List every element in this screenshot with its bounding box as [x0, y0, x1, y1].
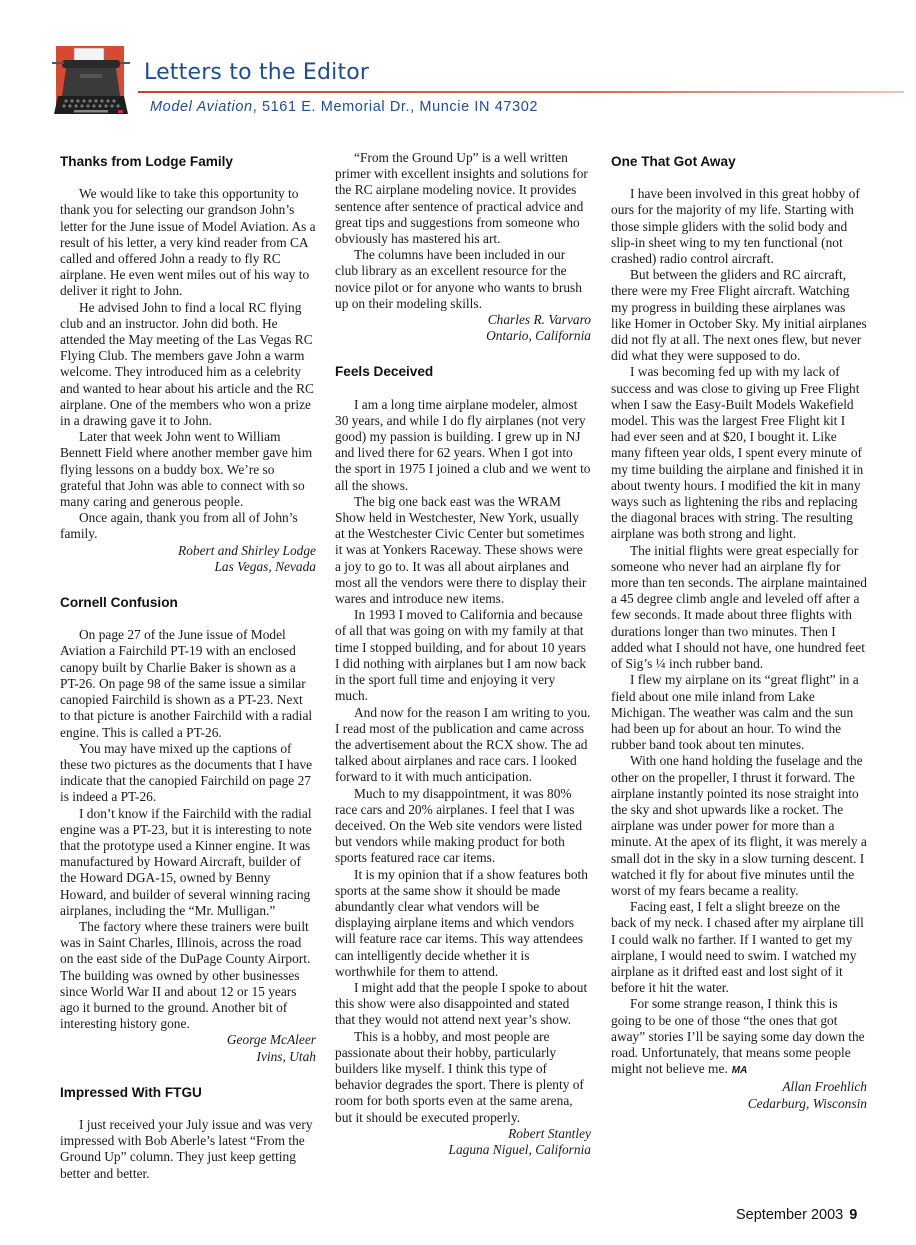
letter-location: Ivins, Utah: [60, 1049, 316, 1065]
letter-paragraph: The factory where these trainers were bu…: [60, 919, 316, 1032]
letter-paragraph: I am a long time airplane modeler, almos…: [335, 397, 591, 494]
letter-paragraph: In 1993 I moved to California and becaus…: [335, 607, 591, 704]
letter-paragraph: Later that week John went to William Ben…: [60, 429, 316, 510]
letter-paragraph: The big one back east was the WRAM Show …: [335, 494, 591, 607]
letter-heading: Thanks from Lodge Family: [60, 154, 316, 170]
letter-paragraph: It is my opinion that if a show features…: [335, 867, 591, 980]
letter-signature: Allan Froehlich: [611, 1079, 867, 1095]
letter-paragraph: This is a hobby, and most people are pas…: [335, 1029, 591, 1126]
letter-paragraph: You may have mixed up the captions of th…: [60, 741, 316, 806]
letter-paragraph: I flew my airplane on its “great flight”…: [611, 672, 867, 753]
letter-paragraph: I just received your July issue and was …: [60, 1117, 316, 1182]
page-number: 9: [849, 1207, 857, 1223]
letter-paragraph: Facing east, I felt a slight breeze on t…: [611, 899, 867, 996]
letter-signature: George McAleer: [60, 1032, 316, 1048]
end-mark-logo: MA: [732, 1065, 748, 1076]
letter-paragraph: With one hand holding the fuselage and t…: [611, 753, 867, 899]
mailing-address: Model Aviation, 5161 E. Memorial Dr., Mu…: [150, 99, 538, 115]
letter-paragraph: “From the Ground Up” is a well written p…: [335, 150, 591, 247]
issue-date: September 2003: [736, 1207, 843, 1223]
letter-paragraph: I don’t know if the Fairchild with the r…: [60, 806, 316, 919]
letter-heading: One That Got Away: [611, 154, 867, 170]
letter-paragraph: Much to my disappointment, it was 80% ra…: [335, 786, 591, 867]
letter-paragraph: But between the gliders and RC aircraft,…: [611, 267, 867, 364]
page-header: Letters to the Editor Model Aviation, 51…: [0, 0, 916, 130]
letter-paragraph: Once again, thank you from all of John’s…: [60, 510, 316, 542]
page-footer: September 20039: [736, 1207, 857, 1223]
letter-signature: Robert Stantley: [335, 1126, 591, 1142]
letter-signature: Robert and Shirley Lodge: [60, 543, 316, 559]
letter-location: Cedarburg, Wisconsin: [611, 1096, 867, 1112]
typewriter-icon: [50, 44, 136, 124]
address-text: , 5161 E. Memorial Dr., Muncie IN 47302: [253, 99, 538, 115]
title-divider: [138, 91, 904, 93]
letter-paragraph: And now for the reason I am writing to y…: [335, 705, 591, 786]
letter-paragraph: I was becoming fed up with my lack of su…: [611, 364, 867, 542]
letter-heading: Impressed With FTGU: [60, 1085, 316, 1101]
column-2: “From the Ground Up” is a well written p…: [335, 150, 591, 1158]
letter-paragraph: For some strange reason, I think this is…: [611, 996, 867, 1079]
letter-location: Las Vegas, Nevada: [60, 559, 316, 575]
column-1: Thanks from Lodge Family We would like t…: [60, 150, 316, 1182]
letter-location: Laguna Niguel, California: [335, 1142, 591, 1158]
letter-paragraph: The initial flights were great especiall…: [611, 543, 867, 673]
letter-paragraph: On page 27 of the June issue of Model Av…: [60, 627, 316, 740]
letter-paragraph: I have been involved in this great hobby…: [611, 186, 867, 267]
letter-paragraph: The columns have been included in our cl…: [335, 247, 591, 312]
letter-location: Ontario, California: [335, 328, 591, 344]
letter-paragraph: He advised John to find a local RC flyin…: [60, 300, 316, 430]
column-3: One That Got Away I have been involved i…: [611, 150, 867, 1112]
page-title: Letters to the Editor: [144, 60, 369, 85]
letter-heading: Cornell Confusion: [60, 595, 316, 611]
letter-paragraph: I might add that the people I spoke to a…: [335, 980, 591, 1029]
paragraph-text: We would like to take this opportunity t…: [60, 186, 316, 298]
publication-name: Model Aviation: [150, 99, 253, 115]
letter-paragraph: We would like to take this opportunity t…: [60, 186, 316, 299]
letter-heading: Feels Deceived: [335, 364, 591, 380]
letter-signature: Charles R. Varvaro: [335, 312, 591, 328]
